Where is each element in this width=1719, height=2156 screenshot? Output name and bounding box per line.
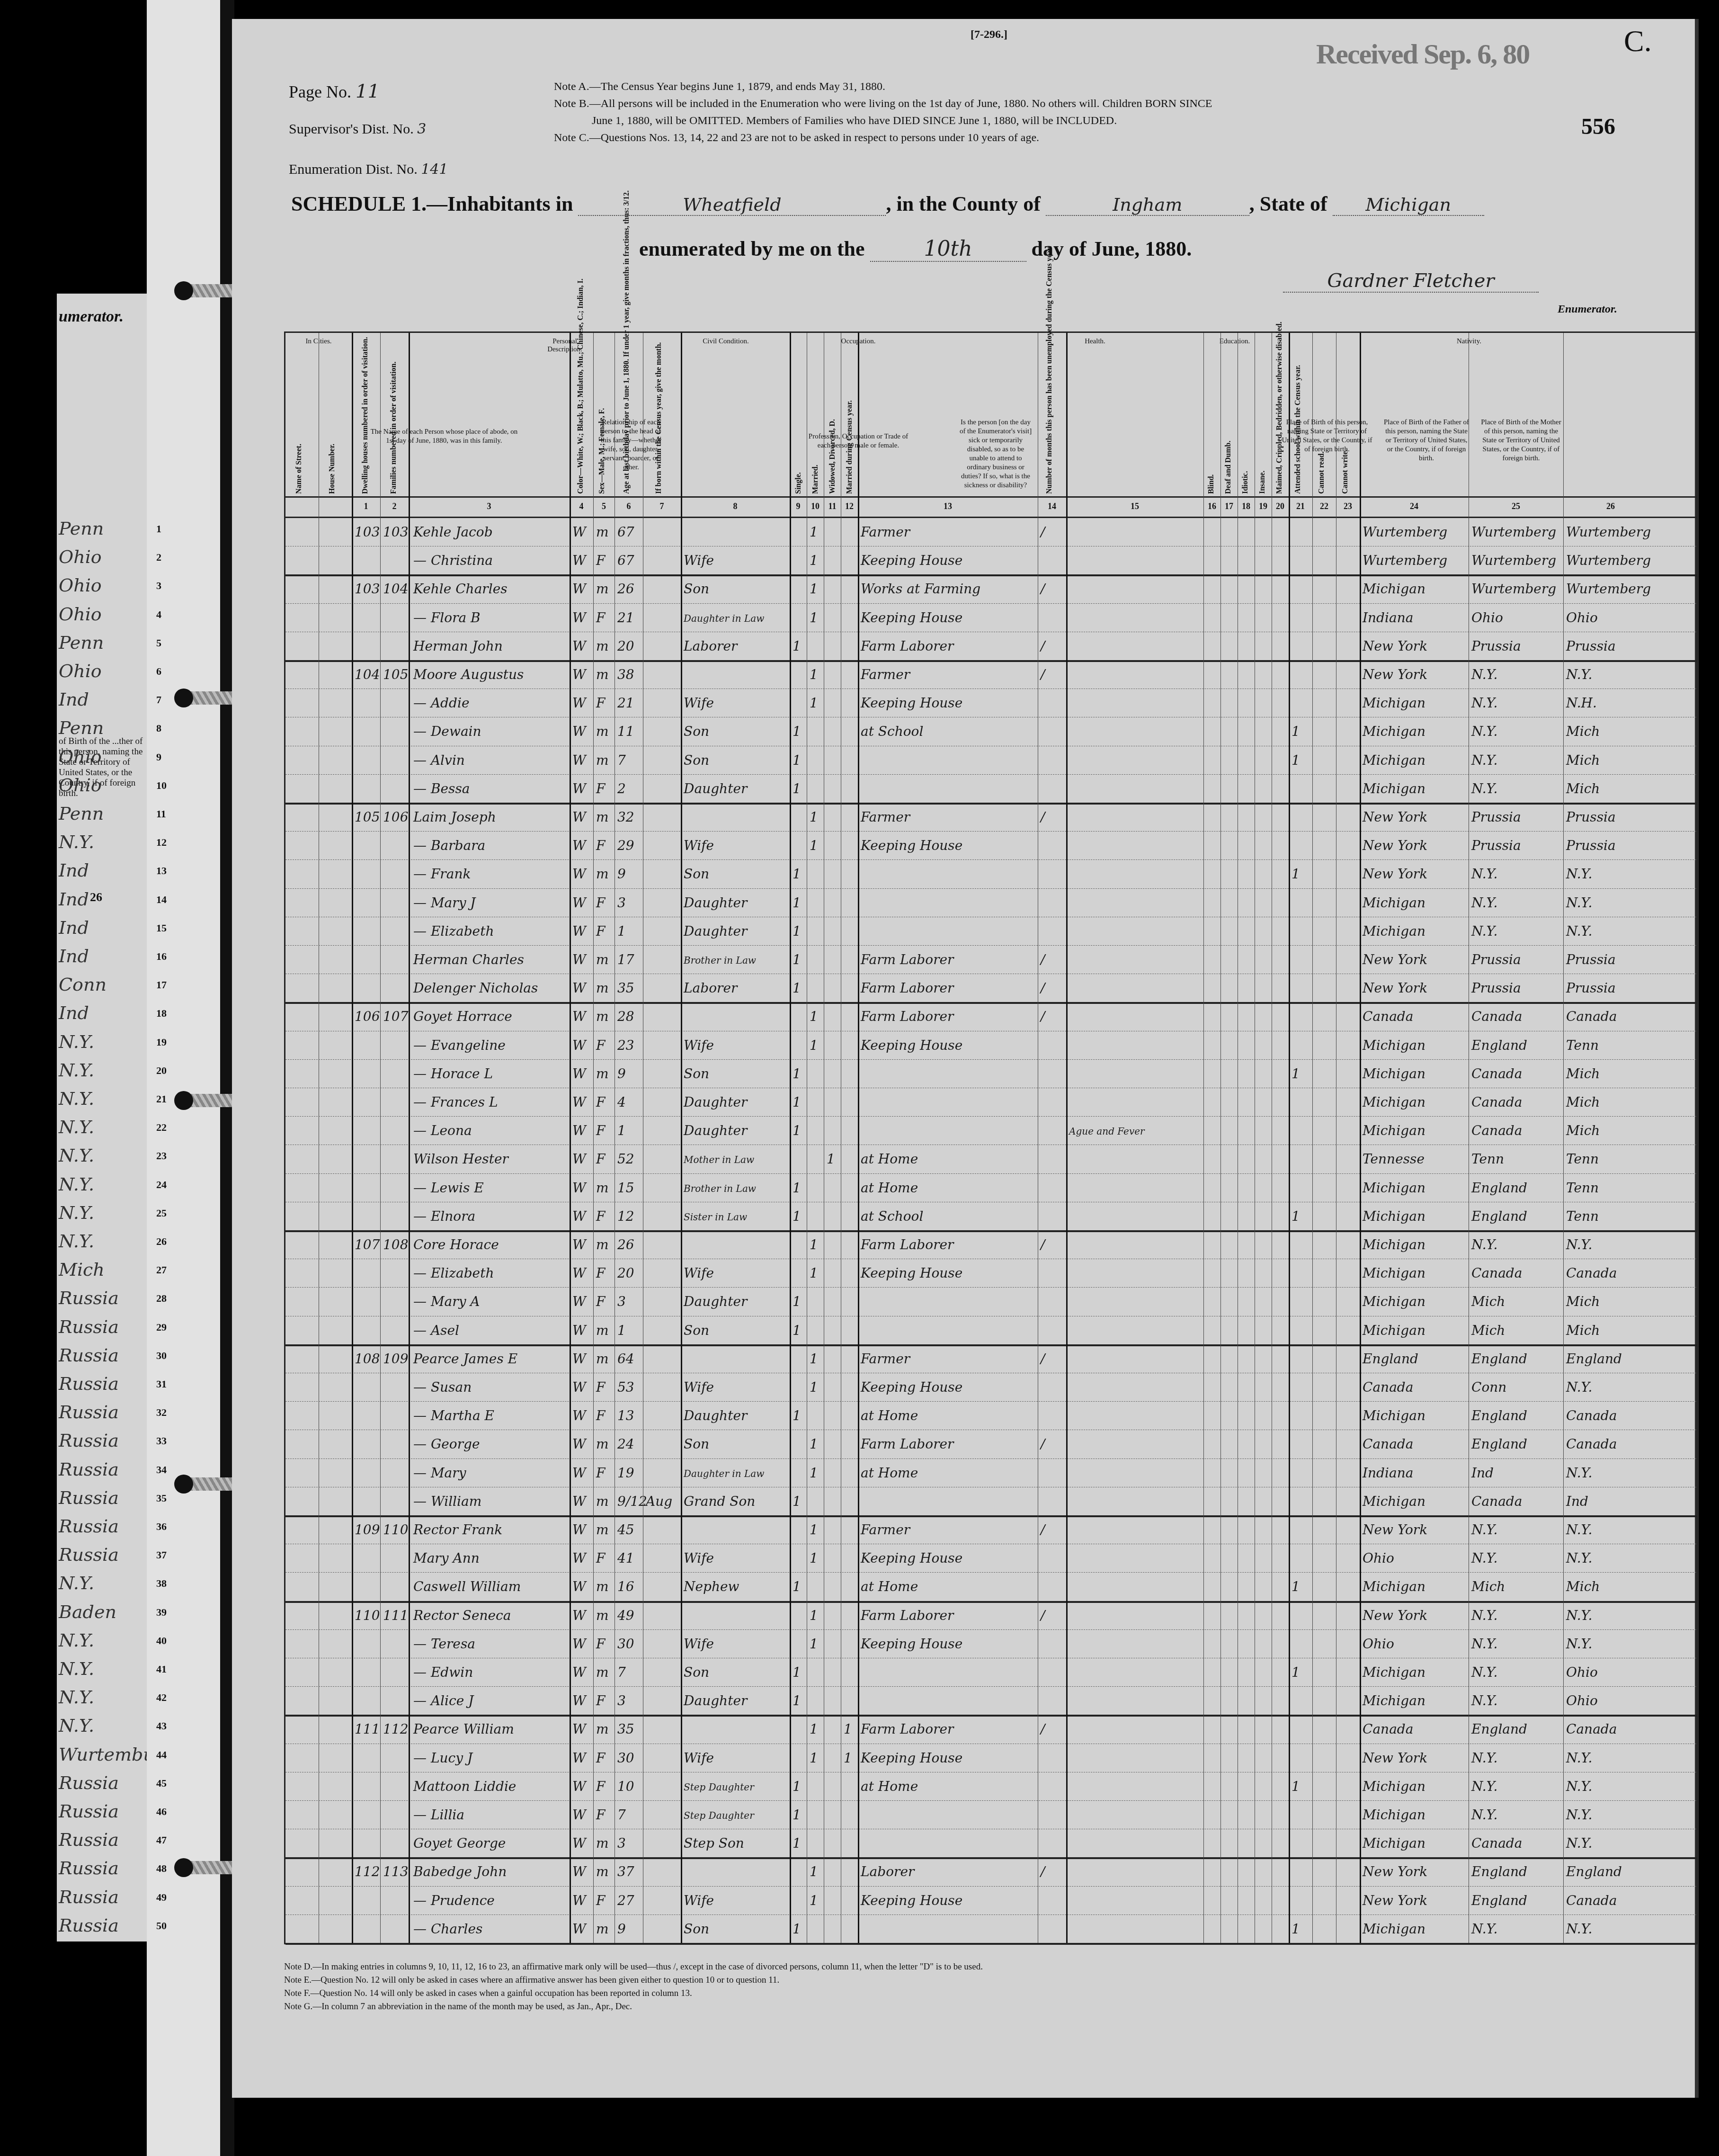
cell-sex: m [596, 1579, 609, 1594]
cell-color: W [572, 524, 586, 540]
cell-pob: Michigan [1363, 1294, 1425, 1309]
cell-fpob: Wurtemberg [1471, 524, 1556, 540]
cell-age: 26 [617, 581, 634, 597]
gutter-line-number: 33 [156, 1435, 167, 1447]
cell-mpob: Prussia [1566, 809, 1616, 825]
cell-pob: New York [1363, 1522, 1427, 1538]
cell-month: Aug [646, 1494, 672, 1509]
cell-mpob: Mich [1566, 1066, 1600, 1082]
prev-page-entry: Russia [59, 1402, 119, 1422]
cell-occ: Farm Laborer [861, 1009, 953, 1024]
cell-rel: Wife [684, 838, 714, 853]
cell-single: 1 [793, 980, 801, 996]
cell-rel: Son [684, 1323, 709, 1338]
table-row: — Lewis EWm15Brother in Law1at HomeMichi… [285, 1173, 1696, 1202]
column-divider [1203, 333, 1204, 1943]
cell-age: 3 [617, 1693, 626, 1709]
cell-married: 1 [810, 695, 818, 711]
cell-age: 21 [617, 610, 634, 626]
column-number: 13 [858, 501, 1038, 511]
cell-person-name: — Lillia [413, 1807, 464, 1823]
cell-single: 1 [793, 1408, 801, 1423]
prev-page-entry: Ohio [59, 604, 102, 625]
gutter-line-number: 27 [156, 1264, 167, 1276]
cell-fam: 108 [383, 1237, 408, 1252]
column-number: 17 [1220, 501, 1238, 511]
cell-color: W [572, 895, 586, 911]
cell-single: 1 [793, 866, 801, 882]
table-row: Mary AnnWF41Wife1Keeping HouseOhioN.Y.N.… [285, 1544, 1696, 1573]
cell-sex: m [596, 1864, 609, 1879]
cell-rel: Daughter [684, 1693, 747, 1709]
table-row: Delenger NicholasWm35Laborer1Farm Labore… [285, 974, 1696, 1004]
cell-sex: F [596, 553, 605, 568]
column-header-c11: Widowed, Divorced, D. [828, 366, 837, 494]
enumeration-day: 10th [870, 237, 1026, 262]
cell-rel: Sister in Law [684, 1211, 747, 1223]
table-row: — Mary JWF3Daughter1MichiganN.Y.N.Y.14 [285, 888, 1696, 917]
cell-married: 1 [810, 1237, 818, 1252]
cell-married: 1 [810, 1009, 818, 1024]
column-number: 12 [841, 501, 858, 511]
table-row: — ChristinaWF67Wife1Keeping HouseWurtemb… [285, 546, 1696, 576]
group-education: Education. [1194, 338, 1275, 346]
cell-single: 1 [793, 1323, 801, 1338]
cell-fpob: England [1471, 1408, 1527, 1423]
cell-mpob: Mich [1566, 1323, 1600, 1338]
cell-age: 53 [617, 1379, 634, 1395]
cell-sex: F [596, 1038, 605, 1053]
cell-pob: Michigan [1363, 1180, 1425, 1196]
top-notes: Note A.—The Census Year begins June 1, 1… [554, 78, 1212, 146]
cell-age: 12 [617, 1208, 634, 1224]
cell-person-name: Pearce James E [413, 1351, 517, 1367]
prev-page-entry: Ind [59, 946, 89, 966]
cell-rel: Son [684, 1066, 709, 1082]
cell-pob: Wurtemberg [1363, 524, 1447, 540]
cell-person-name: — Frances L [413, 1094, 498, 1110]
cell-fpob: England [1471, 1351, 1527, 1367]
cell-fpob: N.Y. [1471, 1921, 1497, 1937]
cell-sex: m [596, 866, 609, 882]
cell-color: W [572, 1494, 586, 1509]
cell-color: W [572, 1721, 586, 1737]
cell-pob: Michigan [1363, 1208, 1425, 1224]
column-number: 22 [1312, 501, 1336, 511]
gutter-line-number: 23 [156, 1150, 167, 1162]
cell-mpob: Prussia [1566, 952, 1616, 967]
cell-occ: Keeping House [861, 1893, 962, 1908]
cell-fpob: N.Y. [1471, 752, 1497, 768]
cell-mpob: Mich [1566, 724, 1600, 739]
cell-color: W [572, 752, 586, 768]
column-divider [615, 333, 615, 1943]
prev-page-entry: Russia [59, 1430, 119, 1451]
column-number: 3 [409, 501, 570, 511]
received-stamp: Received Sep. 6, 80 [1316, 38, 1529, 71]
column-divider [352, 333, 353, 1943]
cell-married: 1 [810, 1750, 818, 1766]
cell-age: 26 [617, 1237, 634, 1252]
cell-sex: F [596, 1265, 605, 1281]
gutter-line-number: 32 [156, 1406, 167, 1419]
cell-mpob: N.Y. [1566, 1550, 1592, 1566]
prev-page-entry: Penn [59, 632, 104, 653]
cell-age: 41 [617, 1550, 634, 1566]
cell-sex: m [596, 1608, 609, 1623]
cell-age: 20 [617, 1265, 634, 1281]
cell-single: 1 [793, 1066, 801, 1082]
column-divider [681, 333, 682, 1943]
scan-background [0, 0, 57, 2156]
cell-rel: Son [684, 752, 709, 768]
cell-pob: Michigan [1363, 1579, 1425, 1594]
prev-page-entry: Penn [59, 717, 104, 738]
cell-married: 1 [810, 1351, 818, 1367]
cell-rel: Daughter [684, 1408, 747, 1423]
cell-mpob: Tenn [1566, 1180, 1599, 1196]
cell-age: 10 [617, 1779, 634, 1794]
cell-fpob: Canada [1471, 1066, 1522, 1082]
cell-unemp: / [1041, 980, 1045, 996]
cell-rel: Step Daughter [684, 1810, 754, 1821]
cell-occ: Keeping House [861, 695, 962, 711]
cell-sex: F [596, 695, 605, 711]
cell-unemp: / [1041, 667, 1045, 682]
column-divider [824, 333, 824, 1943]
table-row: — EdwinWm7Son11MichiganN.Y.Ohio41 [285, 1658, 1696, 1687]
cell-person-name: — William [413, 1494, 481, 1509]
cell-pob: Michigan [1363, 1038, 1425, 1053]
cell-mpob: Prussia [1566, 980, 1616, 996]
cell-married: 1 [810, 1522, 818, 1538]
gutter-line-number: 7 [156, 694, 161, 706]
cell-mpob: N.Y. [1566, 1750, 1592, 1766]
cell-person-name: — Christina [413, 553, 493, 568]
cell-color: W [572, 952, 586, 967]
cell-occ: Keeping House [861, 838, 962, 853]
column-number: 24 [1360, 501, 1469, 511]
cell-person-name: — Susan [413, 1379, 472, 1395]
column-header-c17: Deaf and Dumb. [1224, 366, 1233, 494]
cell-color: W [572, 866, 586, 882]
cell-mpob: Canada [1566, 1265, 1617, 1281]
cell-person-name: — Alice J [413, 1693, 473, 1709]
cell-sex: F [596, 1208, 605, 1224]
gutter-line-number: 38 [156, 1577, 167, 1590]
cell-age: 1 [617, 923, 626, 939]
cell-single: 1 [793, 1208, 801, 1224]
cell-single: 1 [793, 1294, 801, 1309]
cell-rel: Wife [684, 695, 714, 711]
state-field: Michigan [1333, 194, 1484, 216]
cell-color: W [572, 980, 586, 996]
cell-age: 20 [617, 638, 634, 654]
prev-page-entry: Ind [59, 689, 89, 710]
table-row: 106107Goyet HorraceWm281Farm Laborer/Can… [285, 1002, 1696, 1031]
prev-page-entry: Conn [59, 974, 107, 995]
cell-color: W [572, 638, 586, 654]
cell-fpob: Conn [1471, 1379, 1506, 1395]
table-row: — FrankWm9Son11New YorkN.Y.N.Y.13 [285, 859, 1696, 888]
cell-fam: 107 [383, 1009, 408, 1024]
column-divider [570, 333, 571, 1943]
prev-page-entry: Penn [59, 518, 104, 539]
cell-fpob: Tenn [1471, 1151, 1504, 1167]
cell-age: 30 [617, 1636, 634, 1652]
gutter-line-number: 20 [156, 1065, 167, 1077]
cell-rel: Mother in Law [684, 1154, 754, 1165]
cell-mpob: N.Y. [1566, 923, 1592, 939]
cell-fpob: England [1471, 1038, 1527, 1053]
cell-occ: Farm Laborer [861, 1608, 953, 1623]
prev-col26-number: 26 [90, 890, 102, 904]
cell-dw: 105 [355, 809, 380, 825]
cell-rel: Wife [684, 1893, 714, 1908]
cell-rel: Wife [684, 553, 714, 568]
column-header-street: Name of Street. [295, 366, 303, 494]
cell-mpob: Mich [1566, 1294, 1600, 1309]
cell-pob: New York [1363, 809, 1427, 825]
cell-mpob: N.Y. [1566, 1379, 1592, 1395]
cell-single: 1 [793, 1779, 801, 1794]
cell-married: 1 [810, 1436, 818, 1452]
cell-occ: Farm Laborer [861, 952, 953, 967]
prev-page-entry: Ohio [59, 775, 102, 796]
table-row: — MaryWF19Daughter in Law1at HomeIndiana… [285, 1458, 1696, 1487]
cell-person-name: — Martha E [413, 1408, 494, 1423]
table-row: — PrudenceWF27Wife1Keeping HouseNew York… [285, 1886, 1696, 1915]
cell-sex: m [596, 1351, 609, 1367]
cell-color: W [572, 1835, 586, 1851]
cell-rel: Wife [684, 1379, 714, 1395]
cell-fpob: Wurtemberg [1471, 581, 1556, 597]
cell-age: 37 [617, 1864, 634, 1879]
gutter-line-number: 46 [156, 1806, 167, 1818]
table-row: — CharlesWm9Son11MichiganN.Y.N.Y.50 [285, 1914, 1696, 1945]
cell-mpob: England [1566, 1864, 1622, 1879]
cell-single: 1 [793, 724, 801, 739]
gutter-line-number: 39 [156, 1606, 167, 1619]
cell-age: 1 [617, 1323, 626, 1338]
column-number: 26 [1563, 501, 1658, 511]
cell-rel: Brother in Law [684, 955, 756, 966]
cell-married: 1 [810, 838, 818, 853]
cell-rel: Wife [684, 1038, 714, 1053]
cell-occ: at Home [861, 1465, 918, 1481]
table-row: — GeorgeWm24Son1Farm Laborer/CanadaEngla… [285, 1430, 1696, 1458]
cell-pob: Michigan [1363, 1835, 1425, 1851]
cell-person-name: — Flora B [413, 610, 481, 626]
cell-occ: at Home [861, 1151, 918, 1167]
prev-page-entry: N.Y. [59, 1060, 94, 1081]
cell-color: W [572, 1436, 586, 1452]
cell-dw: 108 [355, 1351, 380, 1367]
cell-single: 1 [793, 1494, 801, 1509]
cell-school: 1 [1291, 866, 1300, 882]
cell-occ: Keeping House [861, 1750, 962, 1766]
prev-page-entry: Russia [59, 1915, 119, 1936]
cell-sex: m [596, 1522, 609, 1538]
cell-sex: m [596, 1237, 609, 1252]
table-row: Herman CharlesWm17Brother in Law1Farm La… [285, 945, 1696, 974]
cell-fpob: England [1471, 1208, 1527, 1224]
cell-age: 49 [617, 1608, 634, 1623]
cell-dw: 111 [355, 1721, 380, 1737]
group-personal: Personal Description. [536, 338, 593, 354]
prev-page-entry: N.Y. [59, 1715, 94, 1736]
column-number: 7 [643, 501, 681, 511]
cell-sex: F [596, 1893, 605, 1908]
table-row: 104105Moore AugustusWm381Farmer/New York… [285, 660, 1696, 689]
cell-occ: Laborer [861, 1864, 914, 1879]
cell-mpob: Mich [1566, 1123, 1600, 1138]
cell-sex: m [596, 667, 609, 682]
cell-married: 1 [810, 809, 818, 825]
cell-mpob: N.Y. [1566, 1522, 1592, 1538]
enumeration-value: 141 [421, 161, 448, 178]
gutter-line-number: 41 [156, 1663, 167, 1675]
prev-page-entry: N.Y. [59, 1117, 94, 1137]
cell-pob: Canada [1363, 1436, 1413, 1452]
column-divider [409, 333, 410, 1943]
gutter-line-number: 18 [156, 1007, 167, 1020]
cell-mpob: Tenn [1566, 1038, 1599, 1053]
cell-occ: Keeping House [861, 1265, 962, 1281]
prev-page-entry: Baden [59, 1601, 116, 1622]
cell-fpob: Canada [1471, 1494, 1522, 1509]
cell-person-name: — Elnora [413, 1208, 475, 1224]
cell-dw: 107 [355, 1237, 380, 1252]
prev-page-entry: Russia [59, 1858, 119, 1879]
prev-page-entry: Russia [59, 1459, 119, 1480]
cell-occ: Farmer [861, 1522, 910, 1538]
column-header-house: House Number. [328, 366, 337, 494]
cell-fam: 106 [383, 809, 408, 825]
cell-pob: Ohio [1363, 1636, 1394, 1652]
cell-mpob: Prussia [1566, 838, 1616, 853]
table-row: 103104Kehle CharlesWm26Son1Works at Farm… [285, 574, 1696, 603]
cell-single: 1 [793, 638, 801, 654]
cell-color: W [572, 1779, 586, 1794]
prev-page-entry: N.Y. [59, 1630, 94, 1651]
cell-unemp: / [1041, 581, 1045, 597]
cell-person-name: Moore Augustus [413, 667, 524, 682]
column-divider [319, 333, 319, 1943]
cell-pob: Michigan [1363, 1693, 1425, 1709]
gutter-line-number: 50 [156, 1920, 167, 1932]
cell-person-name: Delenger Nicholas [413, 980, 538, 996]
gutter-line-number: 14 [156, 894, 167, 906]
column-number: 14 [1038, 501, 1066, 511]
cell-unemp: / [1041, 1721, 1045, 1737]
prev-page-entry: Ind [59, 860, 89, 881]
prev-page-entry: Ohio [59, 746, 102, 767]
cell-sex: m [596, 1921, 609, 1937]
cell-fam: 105 [383, 667, 408, 682]
table-row: — AselWm1Son1MichiganMichMich29 [285, 1316, 1696, 1346]
cell-sex: F [596, 610, 605, 626]
column-divider [1336, 333, 1336, 1943]
cell-rel: Brother in Law [684, 1183, 756, 1194]
cell-color: W [572, 667, 586, 682]
cell-fpob: Ind [1471, 1465, 1494, 1481]
cell-single: 1 [793, 1807, 801, 1823]
cell-unemp: / [1041, 1522, 1045, 1538]
cell-pob: Ohio [1363, 1550, 1394, 1566]
cell-fpob: N.Y. [1471, 695, 1497, 711]
prev-page-entry: Mich [59, 1259, 105, 1280]
county-field: Ingham [1046, 194, 1249, 216]
prev-page-entry: Russia [59, 1487, 119, 1508]
cell-pob: Indiana [1363, 610, 1413, 626]
cell-mpob: Canada [1566, 1721, 1617, 1737]
cell-fpob: N.Y. [1471, 667, 1497, 682]
cell-occ: Farm Laborer [861, 1237, 953, 1252]
cell-unemp: / [1041, 638, 1045, 654]
cell-pob: New York [1363, 866, 1427, 882]
table-row: — WilliamWm9/12AugGrand Son1MichiganCana… [285, 1487, 1696, 1517]
column-divider [790, 333, 791, 1943]
note-b2: June 1, 1880, will be OMITTED. Members o… [554, 112, 1212, 129]
column-number: 23 [1336, 501, 1360, 511]
column-divider [1289, 333, 1290, 1943]
header-sickness: Is the person [on the day of the Enumera… [958, 418, 1033, 490]
stamped-page-number: 556 [1581, 114, 1615, 140]
gutter-line-number: 37 [156, 1549, 167, 1561]
table-row: Goyet GeorgeWm3Step Son1MichiganCanadaN.… [285, 1829, 1696, 1859]
table-row: 111112Pearce WilliamWm3511Farm Laborer/C… [285, 1715, 1696, 1744]
cell-mpob: N.Y. [1566, 1237, 1592, 1252]
cell-mpob: N.Y. [1566, 1465, 1592, 1481]
census-table: In Cities. Personal Description. Civil C… [284, 331, 1698, 1944]
cell-pob: Michigan [1363, 1408, 1425, 1423]
cell-sex: m [596, 952, 609, 967]
column-divider [1255, 333, 1255, 1943]
page-no-value: 11 [356, 81, 380, 102]
cell-dw: 103 [355, 524, 380, 540]
column-number: 19 [1255, 501, 1272, 511]
table-row: — AlvinWm7Son11MichiganN.Y.Mich9 [285, 746, 1696, 775]
gutter-line-number: 5 [156, 637, 161, 649]
table-row: 110111Rector SenecaWm491Farm Laborer/New… [285, 1601, 1696, 1630]
cell-occ: Farm Laborer [861, 980, 953, 996]
prev-page-entry: N.Y. [59, 1202, 94, 1223]
cell-age: 7 [617, 1664, 626, 1680]
cell-person-name: — Leona [413, 1123, 472, 1138]
cell-sex: F [596, 1550, 605, 1566]
cell-sex: m [596, 1009, 609, 1024]
column-divider [1038, 333, 1038, 1943]
cell-sex: m [596, 1494, 609, 1509]
cell-pob: Michigan [1363, 1265, 1425, 1281]
cell-sex: m [596, 752, 609, 768]
cell-sex: m [596, 724, 609, 739]
cell-mpob: N.H. [1566, 695, 1597, 711]
column-number: 25 [1469, 501, 1563, 511]
prev-page-entry: N.Y. [59, 832, 94, 852]
cell-pob: New York [1363, 1608, 1427, 1623]
cell-color: W [572, 1094, 586, 1110]
cell-sex: m [596, 980, 609, 996]
cell-color: W [572, 1921, 586, 1937]
cell-married: 1 [810, 1465, 818, 1481]
cell-fpob: England [1471, 1893, 1527, 1908]
cell-person-name: — Frank [413, 866, 471, 882]
cell-single: 1 [793, 1123, 801, 1138]
cell-person-name: — Dewain [413, 724, 481, 739]
cell-person-name: Pearce William [413, 1721, 514, 1737]
